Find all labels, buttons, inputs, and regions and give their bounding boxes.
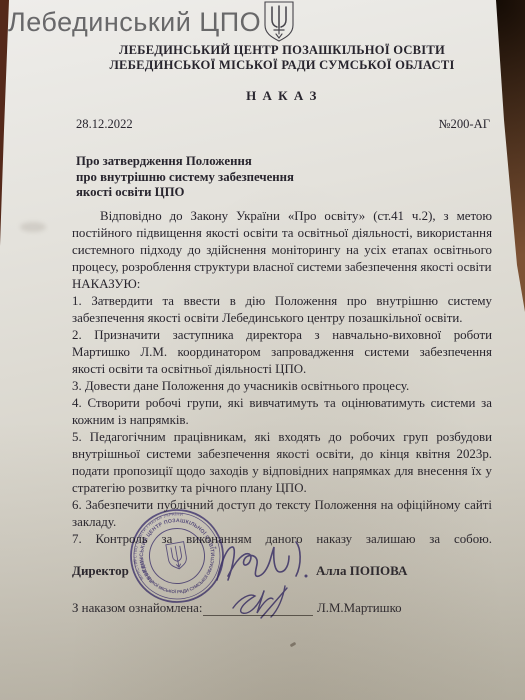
document-type-title: Н А К А З (72, 88, 492, 104)
photo-scene: ЛЕБЕДИНСЬКИЙ ЦЕНТР ПОЗАШКІЛЬНОЇ ОСВІТИ Л… (0, 0, 525, 700)
signature-role: Директор (72, 563, 129, 578)
document-number: №200-АГ (439, 117, 490, 132)
organization-line2: ЛЕБЕДИНСЬКОЇ МІСЬКОЇ РАДИ СУМСЬКОЇ ОБЛАС… (72, 58, 492, 73)
subject-line2: про внутрішню систему забезпечення (76, 170, 294, 186)
order-item-2: 2. Призначити заступника директора з нав… (72, 327, 492, 378)
director-signature-row: Директор Алла ПОПОВА (72, 563, 492, 583)
preamble-paragraph: Відповідно до Закону України «Про освіту… (72, 208, 492, 276)
document-date: 28.12.2022 (76, 117, 133, 132)
subject-line1: Про затвердження Положення (76, 154, 294, 170)
paper-speck (290, 642, 297, 648)
acknowledgement-label: З наказом ознайомлена: (72, 601, 202, 615)
order-item-3: 3. Довести дане Положення до учасників о… (72, 378, 492, 395)
order-item-1: 1. Затвердити та ввести в дію Положення … (72, 293, 492, 327)
document-paper: ЛЕБЕДИНСЬКИЙ ЦЕНТР ПОЗАШКІЛЬНОЇ ОСВІТИ Л… (0, 0, 525, 700)
acknowledgement-signature-line (203, 615, 313, 616)
signature-name: Алла ПОПОВА (316, 563, 407, 579)
organization-header: ЛЕБЕДИНСЬКИЙ ЦЕНТР ПОЗАШКІЛЬНОЇ ОСВІТИ Л… (72, 43, 492, 72)
trident-emblem-icon (260, 1, 298, 43)
acknowledgement-name: Л.М.Мартишко (317, 601, 402, 616)
acknowledgement-row: З наказом ознайомлена: Л.М.Мартишко (72, 601, 492, 623)
order-item-7: 7. Контроль за виконанням даного наказу … (72, 531, 492, 548)
order-word: НАКАЗУЮ: (72, 276, 492, 293)
paper-smudge (20, 222, 46, 232)
subject-line3: якості освіти ЦПО (76, 185, 294, 201)
date-number-row: 28.12.2022 №200-АГ (76, 117, 490, 132)
order-item-5: 5. Педагогічним працівникам, які входять… (72, 429, 492, 497)
organization-line1: ЛЕБЕДИНСЬКИЙ ЦЕНТР ПОЗАШКІЛЬНОЇ ОСВІТИ (72, 43, 492, 58)
order-item-6: 6. Забезпечити публічний доступ до текст… (72, 497, 492, 531)
photo-watermark-caption: Лебединський ЦПО (8, 7, 261, 38)
order-body: Відповідно до Закону України «Про освіту… (72, 208, 492, 548)
order-item-4: 4. Створити робочі групи, які вивчатимут… (72, 395, 492, 429)
document-subject: Про затвердження Положення про внутрішню… (76, 154, 294, 201)
